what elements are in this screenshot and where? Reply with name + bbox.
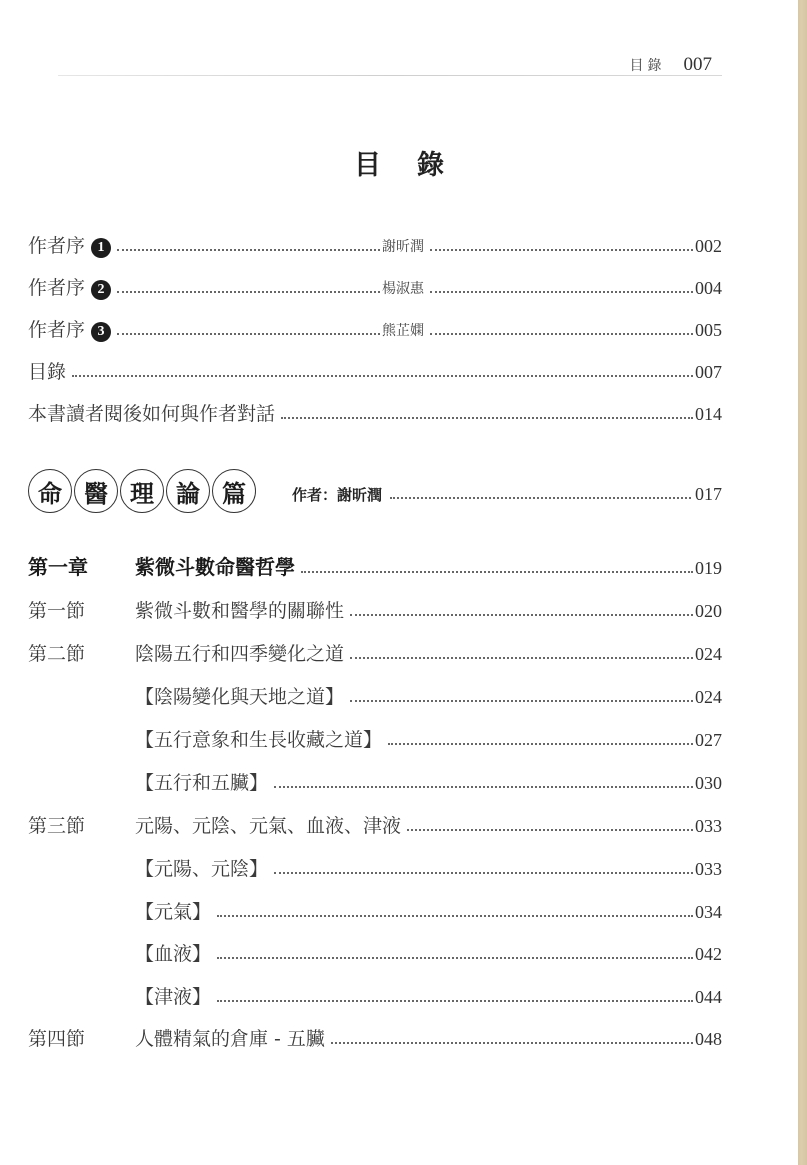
toc-entry-contents[interactable]: 目錄 007 xyxy=(28,354,722,384)
section-number: 第二節 xyxy=(28,639,135,666)
section-title: 人體精氣的倉庫 - 五臟 xyxy=(135,1024,325,1051)
toc-entry-page: 030 xyxy=(695,773,722,795)
toc-entry-preface-2[interactable]: 作者序2 楊淑惠 004 xyxy=(28,270,722,300)
toc-subsection[interactable]: 【血液】 042 xyxy=(28,936,722,966)
toc-entry-page: 005 xyxy=(695,320,722,342)
toc-entry-page: 024 xyxy=(695,687,722,709)
toc-section-2[interactable]: 第二節 陰陽五行和四季變化之道 024 xyxy=(28,636,722,666)
section-number: 第三節 xyxy=(28,811,135,838)
subsection-title: 【五行意象和生長收藏之道】 xyxy=(135,725,382,752)
subsection-title: 【津液】 xyxy=(135,982,211,1009)
circled-char: 命 xyxy=(28,469,72,513)
dot-leader xyxy=(301,571,693,573)
running-header-page-number: 007 xyxy=(684,54,713,76)
dot-leader xyxy=(331,1042,693,1044)
page-title: 目錄 xyxy=(0,143,798,182)
dot-leader xyxy=(274,872,693,874)
dot-leader xyxy=(430,291,693,293)
dot-leader xyxy=(390,497,691,499)
circled-char: 論 xyxy=(166,469,210,513)
toc-entry-label: 作者序1 xyxy=(28,231,111,258)
circled-char: 醫 xyxy=(74,469,118,513)
dot-leader xyxy=(430,333,693,335)
toc-entry-author: 謝昕潤 xyxy=(382,236,424,258)
circled-number-2-icon: 2 xyxy=(91,280,111,300)
toc-section-3[interactable]: 第三節 元陽、元陰、元氣、血液、津液 033 xyxy=(28,808,722,838)
dot-leader xyxy=(350,614,693,616)
toc-entry-page: 020 xyxy=(695,601,722,623)
section-number: 第一節 xyxy=(28,596,135,623)
dot-leader xyxy=(72,375,693,377)
toc-subsection[interactable]: 【津液】 044 xyxy=(28,979,722,1009)
toc-subsection[interactable]: 【陰陽變化與天地之道】 024 xyxy=(28,679,722,709)
dot-leader xyxy=(117,291,380,293)
dot-leader xyxy=(350,700,693,702)
subsection-title: 【五行和五臟】 xyxy=(135,768,268,795)
circled-number-3-icon: 3 xyxy=(91,322,111,342)
subsection-title: 【陰陽變化與天地之道】 xyxy=(135,682,344,709)
subsection-title: 【血液】 xyxy=(135,939,211,966)
toc-entry-label: 本書讀者閱後如何與作者對話 xyxy=(28,399,275,426)
dot-leader xyxy=(117,249,380,251)
section-number: 第四節 xyxy=(28,1024,135,1051)
running-header-section: 目錄 xyxy=(630,55,666,75)
toc-entry-page: 002 xyxy=(695,236,722,258)
page-edge-strip xyxy=(798,0,807,1165)
circled-number-1-icon: 1 xyxy=(91,238,111,258)
toc-entry-label: 作者序3 xyxy=(28,315,111,342)
toc-entry-page: 048 xyxy=(695,1029,722,1051)
dot-leader xyxy=(217,1000,693,1002)
dot-leader xyxy=(350,657,693,659)
toc-subsection[interactable]: 【元陽、元陰】 033 xyxy=(28,851,722,881)
chapter-number: 第一章 xyxy=(28,551,135,580)
circled-char: 理 xyxy=(120,469,164,513)
toc-section-1[interactable]: 第一節 紫微斗數和醫學的關聯性 020 xyxy=(28,593,722,623)
header-rule xyxy=(58,75,722,76)
toc-entry-page: 042 xyxy=(695,944,722,966)
toc-entry-author: 熊芷嫻 xyxy=(382,320,424,342)
chapter-title: 紫微斗數命醫哲學 xyxy=(135,551,295,580)
toc-entry-page: 024 xyxy=(695,644,722,666)
toc-entry-page: 033 xyxy=(695,816,722,838)
toc-chapter-1[interactable]: 第一章 紫微斗數命醫哲學 019 xyxy=(28,550,722,580)
dot-leader xyxy=(117,333,380,335)
toc-entry-label: 作者序2 xyxy=(28,273,111,300)
dot-leader xyxy=(388,743,693,745)
section-title: 陰陽五行和四季變化之道 xyxy=(135,639,344,666)
toc-entry-label: 目錄 xyxy=(28,357,66,384)
circled-char: 篇 xyxy=(212,469,256,513)
part-page: 017 xyxy=(695,478,722,505)
toc-entry-page: 004 xyxy=(695,278,722,300)
running-header: 目錄 007 xyxy=(630,54,713,76)
toc-subsection[interactable]: 【五行意象和生長收藏之道】 027 xyxy=(28,722,722,752)
section-title: 元陽、元陰、元氣、血液、津液 xyxy=(135,811,401,838)
toc-entry-page: 014 xyxy=(695,404,722,426)
subsection-title: 【元陽、元陰】 xyxy=(135,854,268,881)
toc-entry-preface-3[interactable]: 作者序3 熊芷嫻 005 xyxy=(28,312,722,342)
toc-entry-page: 027 xyxy=(695,730,722,752)
toc-entry-page: 044 xyxy=(695,987,722,1009)
dot-leader xyxy=(281,417,693,419)
book-page: 目錄 007 目錄 作者序1 謝昕潤 002 作者序2 楊淑惠 004 作者序3… xyxy=(0,0,798,1165)
toc-entry-author: 楊淑惠 xyxy=(382,278,424,300)
toc-entry-reader-dialogue[interactable]: 本書讀者閱後如何與作者對話 014 xyxy=(28,396,722,426)
toc-entry-page: 019 xyxy=(695,558,722,580)
toc-subsection[interactable]: 【五行和五臟】 030 xyxy=(28,765,722,795)
section-title: 紫微斗數和醫學的關聯性 xyxy=(135,596,344,623)
part-author: 作者：謝昕潤 xyxy=(292,478,382,505)
circled-part-title: 命 醫 理 論 篇 xyxy=(28,469,256,513)
subsection-title: 【元氣】 xyxy=(135,897,211,924)
toc-section-4[interactable]: 第四節 人體精氣的倉庫 - 五臟 048 xyxy=(28,1021,722,1051)
toc-subsection[interactable]: 【元氣】 034 xyxy=(28,894,722,924)
toc-entry-preface-1[interactable]: 作者序1 謝昕潤 002 xyxy=(28,228,722,258)
toc-entry-page: 034 xyxy=(695,902,722,924)
toc-entry-page: 007 xyxy=(695,362,722,384)
dot-leader xyxy=(274,786,693,788)
dot-leader xyxy=(407,829,693,831)
dot-leader xyxy=(217,957,693,959)
dot-leader xyxy=(430,249,693,251)
dot-leader xyxy=(217,915,693,917)
toc-part-heading[interactable]: 命 醫 理 論 篇 作者：謝昕潤 017 xyxy=(28,467,722,515)
toc-entry-page: 033 xyxy=(695,859,722,881)
